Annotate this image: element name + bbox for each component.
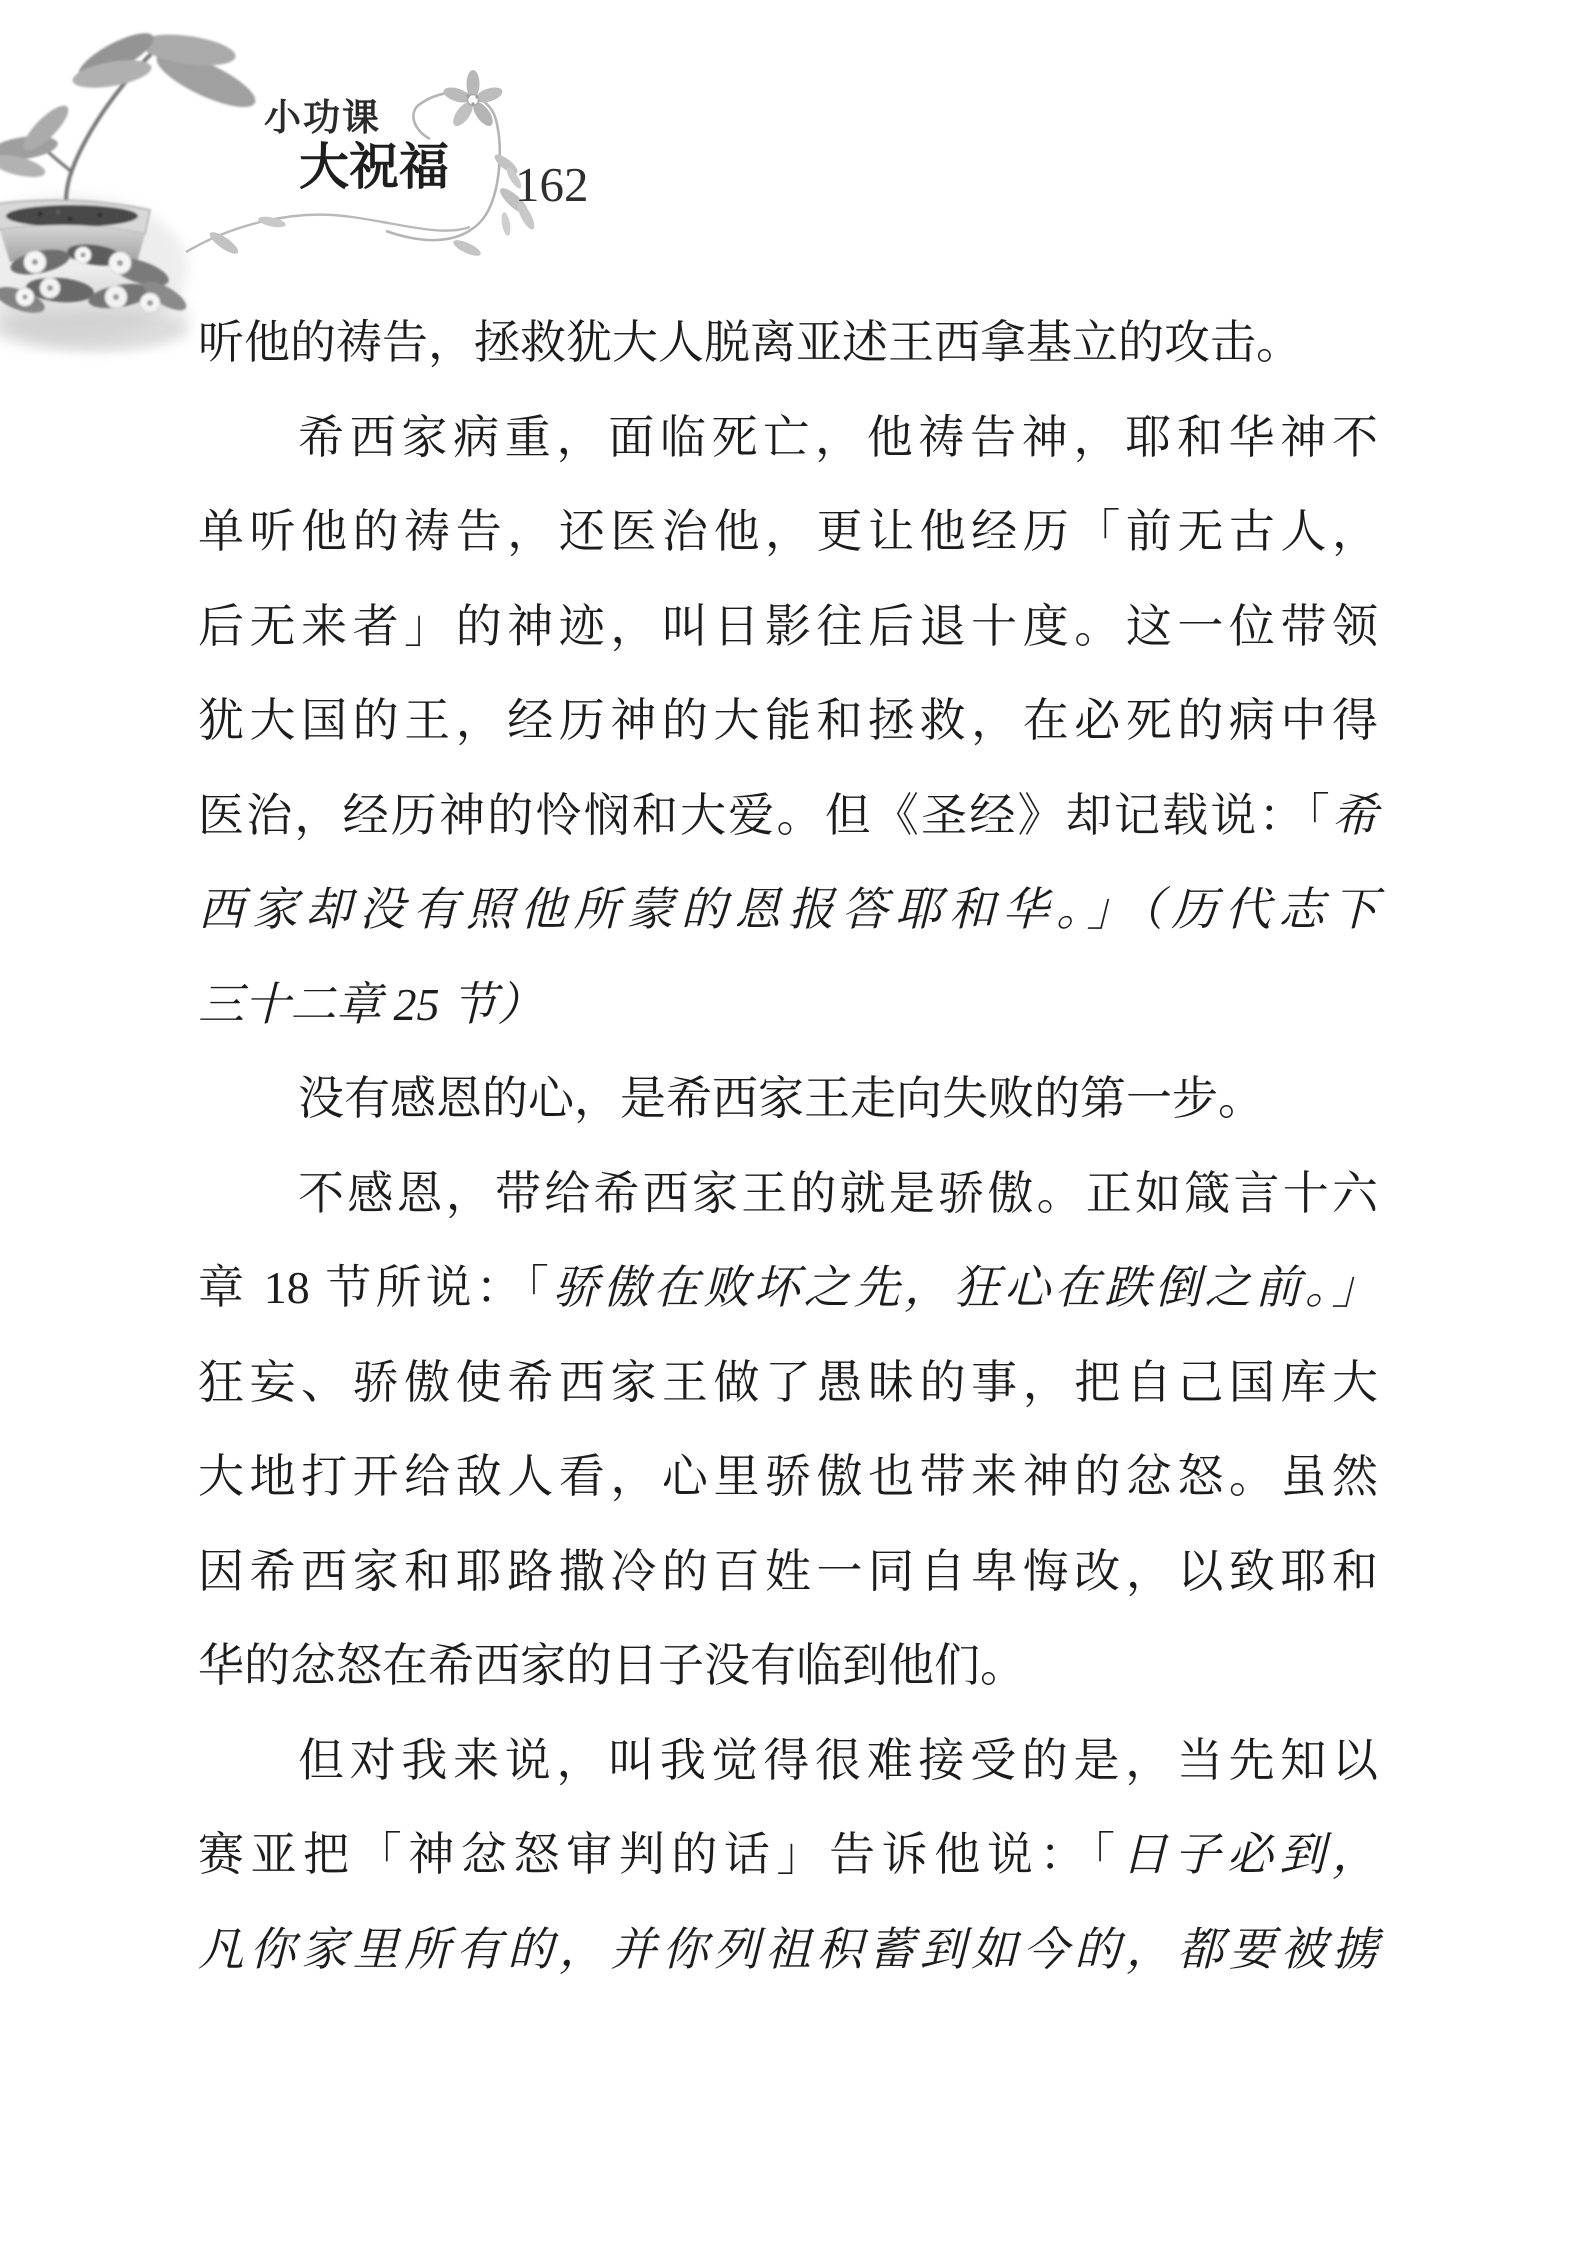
text-segment: 章 18 节所说：「 xyxy=(198,1262,553,1313)
text-line: 不感恩，带给希西家王的就是骄傲。正如箴言十六 xyxy=(198,1147,1378,1242)
text-line: 三十二章 25 节） xyxy=(198,958,1378,1053)
text-line: 没有感恩的心，是希西家王走向失败的第一步。 xyxy=(198,1052,1378,1147)
text-segment: 狂妄、骄傲使希西家王做了愚昧的事，把自己国库大 xyxy=(198,1357,1378,1408)
series-title: 小功课 xyxy=(264,99,381,136)
text-segment: 希西家病重，面临死亡，他祷告神，耶和华神不 xyxy=(298,412,1378,463)
text-line: 赛亚把「神忿怒审判的话」告诉他说：「日子必到， xyxy=(198,1808,1378,1903)
scripture-quote-segment: 凡你家里所有的，并你列祖积蓄到如今的，都要被掳 xyxy=(198,1924,1378,1975)
text-segment: 大地打开给敌人看，心里骄傲也带来神的忿怒。虽然 xyxy=(198,1451,1378,1502)
text-line: 犹大国的王，经历神的大能和拯救，在必死的病中得 xyxy=(198,674,1378,769)
flower-pot xyxy=(0,200,150,266)
leaf-cluster-left xyxy=(0,100,74,182)
text-segment: 犹大国的王，经历神的大能和拯救，在必死的病中得 xyxy=(198,695,1378,746)
leaf-cluster-top xyxy=(71,25,262,118)
book-title: 大祝福 xyxy=(299,142,449,192)
text-line: 医治，经历神的怜悯和大爱。但《圣经》却记载说：「希 xyxy=(198,769,1378,864)
text-segment: 因希西家和耶路撒冷的百姓一同自卑悔改，以致耶和 xyxy=(198,1546,1378,1597)
text-segment: 听他的祷告，拯救犹大人脱离亚述王西拿基立的攻击。 xyxy=(198,317,1302,368)
text-line: 后无来者」的神迹，叫日影往后退十度。这一位带领 xyxy=(198,580,1378,675)
scripture-quote-segment: 希 xyxy=(1332,790,1378,841)
white-flowers xyxy=(16,247,160,313)
scripture-quote-segment: 日子必到， xyxy=(1122,1829,1378,1880)
text-segment: 但对我来说，叫我觉得很难接受的是，当先知以 xyxy=(298,1735,1378,1786)
text-segment: 赛亚把「神忿怒审判的话」告诉他说：「 xyxy=(198,1829,1122,1880)
scripture-quote-segment: 骄傲在败坏之先，狂心在跌倒之前。」 xyxy=(553,1262,1378,1313)
text-line: 狂妄、骄傲使希西家王做了愚昧的事，把自己国库大 xyxy=(198,1336,1378,1431)
flower-bed xyxy=(0,241,190,350)
text-line: 希西家病重，面临死亡，他祷告神，耶和华神不 xyxy=(198,391,1378,486)
text-line: 凡你家里所有的，并你列祖积蓄到如今的，都要被掳 xyxy=(198,1903,1378,1998)
page-number: 162 xyxy=(515,160,589,209)
text-segment: 单听他的祷告，还医治他，更让他经历「前无古人， xyxy=(198,506,1378,557)
text-line: 章 18 节所说：「骄傲在败坏之先，狂心在跌倒之前。」 xyxy=(198,1241,1378,1336)
text-line: 但对我来说，叫我觉得很难接受的是，当先知以 xyxy=(198,1714,1378,1809)
text-segment: 后无来者」的神迹，叫日影往后退十度。这一位带领 xyxy=(198,601,1378,652)
text-line: 单听他的祷告，还医治他，更让他经历「前无古人， xyxy=(198,485,1378,580)
text-segment: 没有感恩的心，是希西家王走向失败的第一步。 xyxy=(298,1073,1264,1124)
scripture-quote-segment: 三十二章 25 节） xyxy=(198,979,543,1030)
text-line: 因希西家和耶路撒冷的百姓一同自卑悔改，以致耶和 xyxy=(198,1525,1378,1620)
text-segment: 华的忿怒在希西家的日子没有临到他们。 xyxy=(198,1640,1026,1691)
text-segment: 医治，经历神的怜悯和大爱。但《圣经》却记载说：「 xyxy=(198,790,1332,841)
text-line: 大地打开给敌人看，心里骄傲也带来神的忿怒。虽然 xyxy=(198,1430,1378,1525)
text-segment: 不感恩，带给希西家王的就是骄傲。正如箴言十六 xyxy=(298,1168,1378,1219)
flower-icon xyxy=(442,70,505,129)
scripture-quote-segment: 西家却没有照他所蒙的恩报答耶和华。」（历代志下 xyxy=(198,884,1378,935)
text-line: 西家却没有照他所蒙的恩报答耶和华。」（历代志下 xyxy=(198,863,1378,958)
body-text: 听他的祷告，拯救犹大人脱离亚述王西拿基立的攻击。希西家病重，面临死亡，他祷告神，… xyxy=(198,296,1378,1997)
text-line: 听他的祷告，拯救犹大人脱离亚述王西拿基立的攻击。 xyxy=(198,296,1378,391)
book-page: 小功课 大祝福 162 听他的祷告，拯救犹大人脱离亚述王西拿基立的攻击。希西家病… xyxy=(0,0,1571,2256)
text-line: 华的忿怒在希西家的日子没有临到他们。 xyxy=(198,1619,1378,1714)
